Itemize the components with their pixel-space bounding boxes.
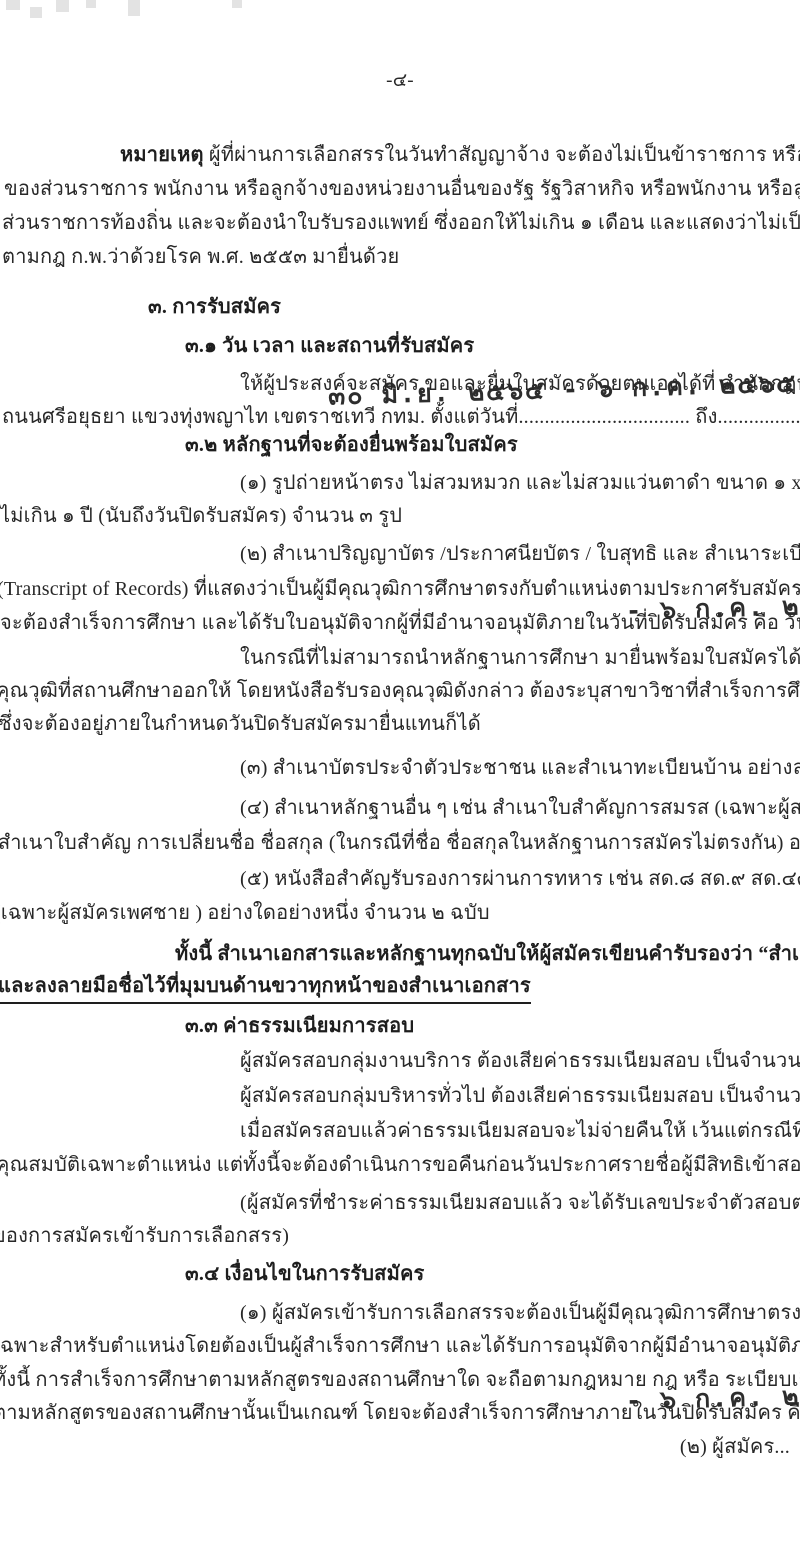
note-label: หมายเหตุ xyxy=(120,144,204,166)
note-line-3: ส่วนราชการท้องถิ่น และจะต้องนำใบรับรองแพ… xyxy=(2,210,800,236)
s32-item-5-line-2: (เฉพาะผู้สมัครเพศชาย ) อย่างใดอย่างหนึ่ง… xyxy=(0,900,490,926)
s33-line-6: ของการสมัครเข้ารับการเลือกสรร) xyxy=(0,1223,289,1249)
s32-item-4-line-2: สำเนาใบสำคัญ การเปลี่ยนชื่อ ชื่อสกุล (ใน… xyxy=(0,830,800,856)
s33-line-4: คุณสมบัติเฉพาะตำแหน่ง แต่ทั้งนี้จะต้องดำ… xyxy=(0,1152,800,1178)
s31-line-2: ถนนศรีอยุธยา แขวงทุ่งพญาไท เขตราชเทวี กท… xyxy=(2,404,800,430)
scan-artifact xyxy=(30,7,42,18)
s32-item-2-line-1: (๒) สำเนาปริญญาบัตร /ประกาศนียบัตร / ใบส… xyxy=(240,541,800,567)
note-line-2: ของส่วนราชการ พนักงาน หรือลูกจ้างของหน่ว… xyxy=(4,176,800,202)
s34-item-1-line-2: เฉพาะสำหรับตำแหน่งโดยต้องเป็นผู้สำเร็จกา… xyxy=(0,1333,800,1359)
s33-line-2: ผู้สมัครสอบกลุ่มบริหารทั่วไป ต้องเสียค่า… xyxy=(240,1083,800,1109)
scan-artifact xyxy=(86,0,96,8)
scan-artifact xyxy=(56,0,69,12)
certify-note-line-2: และลงลายมือชื่อไว้ที่มุมบนด้านขวาทุกหน้า… xyxy=(0,973,531,1004)
s31-line-1: ให้ผู้ประสงค์จะสมัคร ขอและยื่นใบสมัครด้ว… xyxy=(240,371,800,397)
page-number: -๔- xyxy=(0,68,800,94)
section-3-4-heading: ๓.๔ เงื่อนไขในการรับสมัคร xyxy=(185,1261,425,1287)
section-3-heading: ๓. การรับสมัคร xyxy=(148,294,281,320)
section-3-1-heading: ๓.๑ วัน เวลา และสถานที่รับสมัคร xyxy=(185,333,474,359)
s32-item-2-line-5: คุณวุฒิที่สถานศึกษาออกให้ โดยหนังสือรับร… xyxy=(0,678,800,704)
s32-item-2-line-3: จะต้องสำเร็จการศึกษา และได้รับใบอนุมัติจ… xyxy=(0,610,800,636)
s33-line-1: ผู้สมัครสอบกลุ่มงานบริการ ต้องเสียค่าธรร… xyxy=(240,1048,800,1074)
note-line-4: ตามกฎ ก.พ.ว่าด้วยโรค พ.ศ. ๒๕๕๓ มายื่นด้ว… xyxy=(2,244,399,270)
s32-item-4-line-1: (๔) สำเนาหลักฐานอื่น ๆ เช่น สำเนาใบสำคัญ… xyxy=(240,795,800,821)
s34-item-1-line-3: ทั้งนี้ การสำเร็จการศึกษาตามหลักสูตรของส… xyxy=(0,1367,800,1393)
scan-artifact xyxy=(128,0,140,16)
section-3-3-heading: ๓.๓ ค่าธรรมเนียมการสอบ xyxy=(185,1013,414,1039)
scan-artifact xyxy=(232,0,242,8)
s32-item-1-line-2: ไม่เกิน ๑ ปี (นับถึงวันปิดรับสมัคร) จำนว… xyxy=(0,503,402,529)
page-continuation-marker: (๒) ผู้สมัคร... xyxy=(680,1434,790,1460)
s32-item-2-line-4: ในกรณีที่ไม่สามารถนำหลักฐานการศึกษา มายื… xyxy=(240,645,800,671)
certify-note-line-1: ทั้งนี้ สำเนาเอกสารและหลักฐานทุกฉบับให้ผ… xyxy=(175,941,800,967)
s34-item-1-line-4: ตามหลักสูตรของสถานศึกษานั้นเป็นเกณฑ์ โดย… xyxy=(0,1400,800,1426)
s34-item-1-line-1: (๑) ผู้สมัครเข้ารับการเลือกสรรจะต้องเป็น… xyxy=(240,1300,800,1326)
s33-line-3: เมื่อสมัครสอบแล้วค่าธรรมเนียมสอบจะไม่จ่า… xyxy=(240,1118,800,1144)
scanned-document-page: -๔- ๓๐ มิ.ย. ๒๕๖๕ - ๖ ก.ค. ๒๕๖๕ - ๖ ก.ค.… xyxy=(0,0,800,1556)
section-3-2-heading: ๓.๒ หลักฐานที่จะต้องยื่นพร้อมใบสมัคร xyxy=(185,432,518,458)
note-text: ผู้ที่ผ่านการเลือกสรรในวันทำสัญญาจ้าง จะ… xyxy=(204,144,800,166)
note-line-1: หมายเหตุ ผู้ที่ผ่านการเลือกสรรในวันทำสัญ… xyxy=(120,142,800,168)
scan-artifact xyxy=(6,0,20,10)
s32-item-3: (๓) สำเนาบัตรประจำตัวประชาชน และสำเนาทะเ… xyxy=(240,755,800,781)
s32-item-2-line-2: (Transcript of Records) ที่แสดงว่าเป็นผู… xyxy=(0,576,800,602)
s32-item-1-line-1: (๑) รูปถ่ายหน้าตรง ไม่สวมหมวก และไม่สวมแ… xyxy=(240,470,800,496)
s32-item-2-line-6: ซึ่งจะต้องอยู่ภายในกำหนดวันปิดรับสมัครมา… xyxy=(0,711,481,737)
s32-item-5-line-1: (๕) หนังสือสำคัญรับรองการผ่านการทหาร เช่… xyxy=(240,866,800,892)
s33-line-5: (ผู้สมัครที่ชำระค่าธรรมเนียมสอบแล้ว จะได… xyxy=(240,1190,800,1216)
